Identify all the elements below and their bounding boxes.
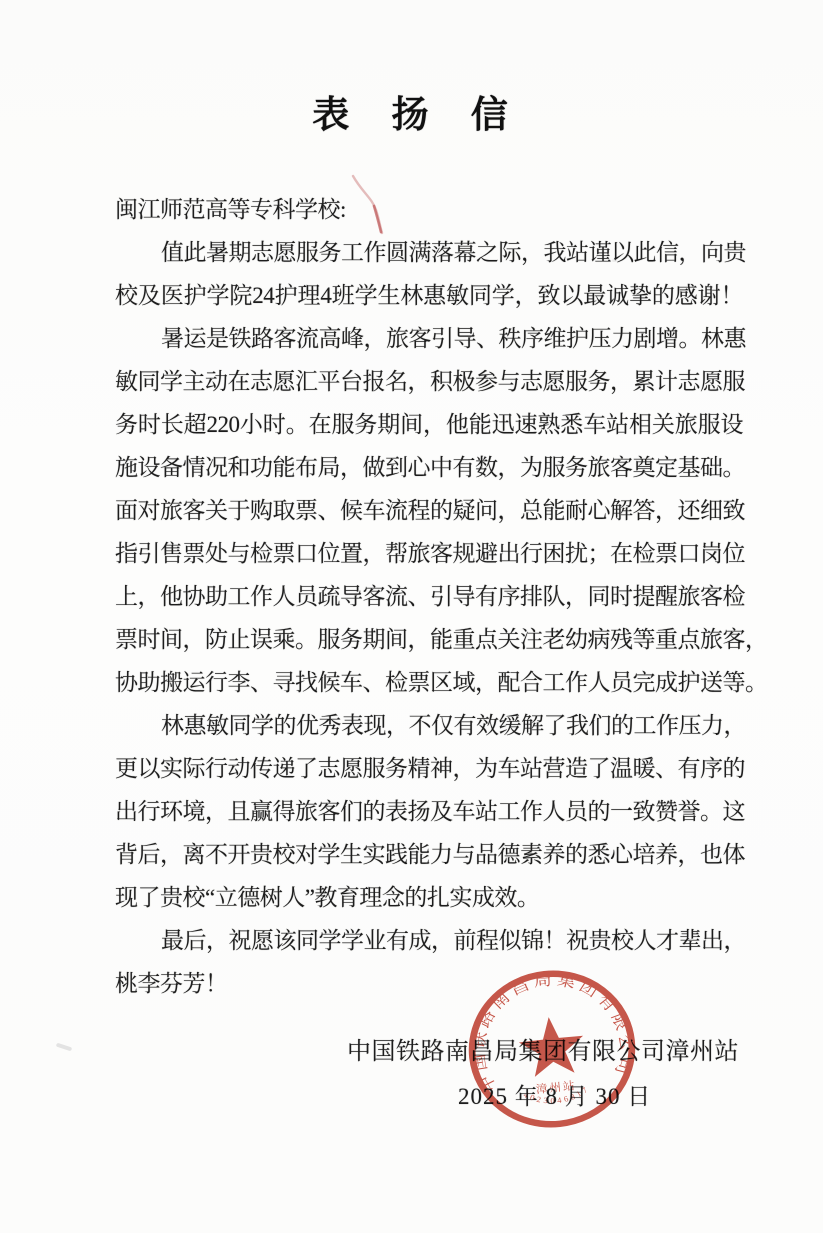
body-line: 校及医护学院24护理4班学生林惠敏同学，致以最诚挚的感谢！ <box>115 274 743 317</box>
body-line: 现了贵校“立德树人”教育理念的扎实成效。 <box>115 876 743 919</box>
seal-star-icon <box>517 1014 587 1078</box>
letter-page: 表 扬 信 闽江师范高等专科学校: 值此暑期志愿服务工作圆满落幕之际，我站谨以此… <box>0 0 823 1233</box>
scan-artifact <box>345 168 393 240</box>
body-line: 最后，祝愿该同学学业有成，前程似锦！祝贵校人才辈出， <box>115 919 743 962</box>
body-line: 出行环境，且赢得旅客们的表扬及车站工作人员的一致赞誉。这 <box>115 790 743 833</box>
body-line: 值此暑期志愿服务工作圆满落幕之际，我站谨以此信，向贵 <box>115 231 743 274</box>
body-line: 背后，离不开贵校对学生实践能力与品德素养的悉心培养，也体 <box>115 833 743 876</box>
body-line: 指引售票处与检票口位置，帮旅客规避出行困扰；在检票口岗位 <box>115 532 743 575</box>
body-line: 林惠敏同学的优秀表现，不仅有效缓解了我们的工作压力， <box>115 704 743 747</box>
body-line: 务时长超220小时。在服务期间，他能迅速熟悉车站相关旅服设 <box>115 403 743 446</box>
scan-speck <box>56 1043 72 1052</box>
official-seal: 中国铁路南昌局集团有限公司 漳州站 4023046817 <box>459 961 645 1138</box>
letter-body: 闽江师范高等专科学校: 值此暑期志愿服务工作圆满落幕之际，我站谨以此信，向贵 校… <box>115 188 743 1005</box>
scan-speck <box>612 259 617 262</box>
body-line: 票时间，防止误乘。服务期间，能重点关注老幼病残等重点旅客， <box>115 618 743 661</box>
body-line: 闽江师范高等专科学校: <box>115 188 743 231</box>
letter-title: 表 扬 信 <box>0 84 823 138</box>
scan-speck <box>638 331 645 334</box>
body-line: 协助搬运行李、寻找候车、检票区域，配合工作人员完成护送等。 <box>115 661 743 704</box>
body-line: 敏同学主动在志愿汇平台报名，积极参与志愿服务，累计志愿服 <box>115 360 743 403</box>
body-line: 施设备情况和功能布局，做到心中有数，为服务旅客奠定基础。 <box>115 446 743 489</box>
body-line: 面对旅客关于购取票、候车流程的疑问，总能耐心解答，还细致 <box>115 489 743 532</box>
body-line: 上，他协助工作人员疏导客流、引导有序排队，同时提醒旅客检 <box>115 575 743 618</box>
body-line: 更以实际行动传递了志愿服务精神，为车站营造了温暖、有序的 <box>115 747 743 790</box>
body-line: 暑运是铁路客流高峰，旅客引导、秩序维护压力剧增。林惠 <box>115 317 743 360</box>
body-line: 桃李芬芳！ <box>115 962 743 1005</box>
